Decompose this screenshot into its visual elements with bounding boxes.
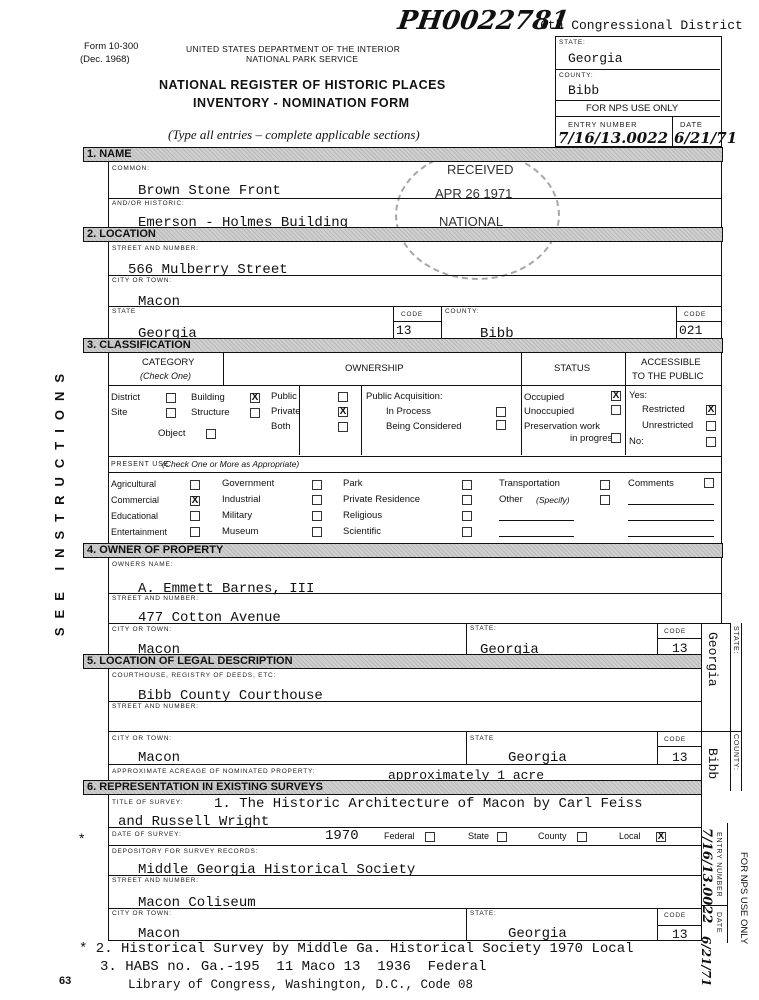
use-other-specify: (Specify) <box>536 495 570 505</box>
survey-date-value[interactable]: 1970 <box>325 828 359 844</box>
section-legal-header: 5. LOCATION OF LEGAL DESCRIPTION <box>83 654 702 669</box>
use-educational-label: Educational <box>111 511 158 521</box>
entry-number-label: ENTRY NUMBER <box>568 120 637 129</box>
agency-line2: NATIONAL PARK SERVICE <box>246 54 358 64</box>
use-other-label: Other <box>499 494 523 505</box>
sidebar-entry-number-label: ENTRY NUMBER <box>715 832 722 897</box>
in-process-label: In Process <box>386 406 431 417</box>
type-instructions: (Type all entries – complete applicable … <box>168 127 420 143</box>
use-industrial-checkbox[interactable] <box>312 495 322 505</box>
sidebar-state-label: STATE: <box>732 626 739 654</box>
use-park-label: Park <box>343 478 363 489</box>
city-value[interactable]: Macon <box>138 294 180 310</box>
use-entertainment-checkbox[interactable] <box>190 527 200 537</box>
courthouse-label: COURTHOUSE, REGISTRY OF DEEDS, ETC: <box>112 672 276 679</box>
location-state-label: STATE <box>112 308 136 315</box>
use-transportation-label: Transportation <box>499 478 560 489</box>
header-state-value: Georgia <box>568 51 623 66</box>
use-commercial-checkbox[interactable]: X <box>190 496 200 506</box>
city-label: CITY OR TOWN: <box>112 277 172 284</box>
survey-code-label: CODE <box>664 912 686 919</box>
nps-use-only-label: FOR NPS USE ONLY <box>586 103 678 114</box>
section-location-header: 2. LOCATION <box>83 227 723 242</box>
status-header: STATUS <box>554 363 590 374</box>
accessible-unrestricted-label: Unrestricted <box>642 420 693 431</box>
header-info-box: STATE: Georgia COUNTY: Bibb FOR NPS USE … <box>555 36 722 147</box>
accessible-restricted-label: Restricted <box>642 404 685 415</box>
survey-date-label: DATE OF SURVEY: <box>112 831 182 838</box>
sidebar-state-value: Georgia <box>705 632 720 687</box>
public-acquisition-label: Public Acquisition: <box>366 391 443 402</box>
survey-county-label: County <box>538 831 567 841</box>
acreage-label: APPROXIMATE ACREAGE OF NOMINATED PROPERT… <box>112 768 315 775</box>
status-occupied-checkbox[interactable]: X <box>611 391 621 401</box>
date-value: 6/21/71 <box>674 129 737 147</box>
preservation-checkbox[interactable] <box>611 433 621 443</box>
ownership-private-label: Private <box>271 406 301 417</box>
use-comments-label: Comments <box>628 478 674 489</box>
use-educational-checkbox[interactable] <box>190 511 200 521</box>
survey-asterisk: * <box>79 830 84 846</box>
use-museum-checkbox[interactable] <box>312 527 322 537</box>
survey-county-checkbox[interactable] <box>577 832 587 842</box>
use-commercial-label: Commercial <box>111 495 159 505</box>
status-occupied-label: Occupied <box>524 392 564 403</box>
use-entertainment-label: Entertainment <box>111 527 167 537</box>
common-label: COMMON: <box>112 165 150 172</box>
owner-name-label: OWNERS NAME: <box>112 561 173 568</box>
legal-code-value[interactable]: 13 <box>672 750 688 765</box>
header-state-label: STATE: <box>559 39 586 46</box>
use-private-residence-checkbox[interactable] <box>462 495 472 505</box>
being-considered-label: Being Considered <box>386 421 462 432</box>
survey-federal-checkbox[interactable] <box>425 832 435 842</box>
use-transportation-checkbox[interactable] <box>600 480 610 490</box>
page-number: 63 <box>59 975 71 987</box>
common-value[interactable]: Brown Stone Front <box>138 183 281 199</box>
legal-code-label: CODE <box>664 736 686 743</box>
comments-line-2[interactable] <box>628 520 714 521</box>
owner-code-label: CODE <box>664 628 686 635</box>
state-code-label: CODE <box>401 311 423 318</box>
category-object-checkbox[interactable] <box>206 429 216 439</box>
status-unoccupied-checkbox[interactable] <box>611 405 621 415</box>
ownership-public-label: Public <box>271 391 297 402</box>
date-label: DATE <box>680 120 703 129</box>
congressional-district: 6th Congressional District <box>540 18 743 33</box>
category-building-label: Building <box>191 392 225 403</box>
additional-survey-3: 3. HABS no. Ga.-195 11 Maco 13 1936 Fede… <box>100 959 486 975</box>
state-code-value[interactable]: 13 <box>396 323 412 338</box>
use-agricultural-checkbox[interactable] <box>190 480 200 490</box>
other-specify-line-1[interactable] <box>499 520 574 521</box>
entry-number-value: 7/16/13.0022 <box>558 129 668 147</box>
comments-line-1[interactable] <box>628 504 714 505</box>
legal-state-label: STATE <box>470 735 494 742</box>
depository-label: DEPOSITORY FOR SURVEY RECORDS: <box>112 848 258 855</box>
accessible-restricted-checkbox[interactable]: X <box>706 405 716 415</box>
form-title-line2: INVENTORY - NOMINATION FORM <box>193 96 410 110</box>
county-code-label: CODE <box>684 311 706 318</box>
accessible-yes-label: Yes: <box>629 390 647 401</box>
section-name-header: 1. NAME <box>83 147 723 162</box>
agency-line1: UNITED STATES DEPARTMENT OF THE INTERIOR <box>186 44 400 54</box>
sidebar-date-label: DATE <box>715 912 722 933</box>
other-specify-line-2[interactable] <box>499 536 574 537</box>
section-classification-header: 3. CLASSIFICATION <box>83 338 723 353</box>
category-header: CATEGORY <box>142 357 194 368</box>
use-religious-label: Religious <box>343 510 382 521</box>
use-other-checkbox[interactable] <box>600 495 610 505</box>
legal-city-label: CITY OR TOWN: <box>112 735 172 742</box>
preservation-label-1: Preservation work <box>524 421 600 432</box>
category-site-checkbox[interactable] <box>166 408 176 418</box>
accessible-no-label: No: <box>629 436 644 447</box>
category-district-label: District <box>111 392 140 403</box>
legal-street-label: STREET AND NUMBER: <box>112 703 199 710</box>
use-military-checkbox[interactable] <box>312 511 322 521</box>
accessible-no-checkbox[interactable] <box>706 437 716 447</box>
section-surveys-header: 6. REPRESENTATION IN EXISTING SURVEYS <box>83 780 702 795</box>
use-scientific-checkbox[interactable] <box>462 527 472 537</box>
location-county-label: COUNTY: <box>445 308 480 315</box>
owner-street-label: STREET AND NUMBER: <box>112 595 199 602</box>
owner-city-label: CITY OR TOWN: <box>112 626 172 633</box>
ownership-private-checkbox[interactable]: X <box>338 407 348 417</box>
ownership-header: OWNERSHIP <box>345 363 404 374</box>
present-use-label: PRESENT USE <box>111 461 169 468</box>
sidebar-county-value: Bibb <box>705 748 720 779</box>
form-title-line1: NATIONAL REGISTER OF HISTORIC PLACES <box>159 78 446 92</box>
form-number: Form 10-300 <box>84 41 138 52</box>
category-district-checkbox[interactable] <box>166 393 176 403</box>
accessible-header-2: TO THE PUBLIC <box>632 371 703 382</box>
category-building-checkbox[interactable]: X <box>250 393 260 403</box>
present-use-sub: (Check One or More as Appropriate) <box>162 459 299 469</box>
header-county-value: Bibb <box>568 83 599 98</box>
ownership-both-label: Both <box>271 421 291 432</box>
in-process-checkbox[interactable] <box>496 407 506 417</box>
sidebar-county-label: COUNTY: <box>732 734 739 771</box>
use-scientific-label: Scientific <box>343 526 381 537</box>
survey-federal-label: Federal <box>384 831 415 841</box>
survey-title-value-1[interactable]: 1. The Historic Architecture of Macon by… <box>214 796 642 812</box>
survey-street-label: STREET AND NUMBER: <box>112 877 199 884</box>
category-structure-label: Structure <box>191 407 230 418</box>
use-comments-checkbox[interactable] <box>704 478 714 488</box>
survey-state-checkbox[interactable] <box>497 832 507 842</box>
additional-survey-3-cont: Library of Congress, Washington, D.C., C… <box>128 978 473 992</box>
stamp-received: RECEIVED <box>447 162 513 177</box>
preservation-label-2: in progress <box>570 433 617 444</box>
survey-city-label: CITY OR TOWN: <box>112 910 172 917</box>
accessible-header-1: ACCESSIBLE <box>641 357 701 368</box>
use-government-checkbox[interactable] <box>312 480 322 490</box>
see-instructions-text: SEE INSTRUCTIONS <box>52 365 67 636</box>
survey-state-label: State <box>468 831 489 841</box>
survey-title-label: TITLE OF SURVEY: <box>112 799 183 806</box>
use-agricultural-label: Agricultural <box>111 479 156 489</box>
received-stamp: RECEIVED APR 26 1971 NATIONAL REGISTER <box>395 150 560 280</box>
sidebar-entry-number-value: 7/16/13.0022 <box>699 828 714 923</box>
use-private-residence-label: Private Residence <box>343 494 420 505</box>
use-museum-label: Museum <box>222 526 258 537</box>
use-government-label: Government <box>222 478 274 489</box>
category-sub: (Check One) <box>140 371 191 381</box>
sidebar-date-value: 6/21/71 <box>699 936 713 987</box>
street-label: STREET AND NUMBER: <box>112 245 199 252</box>
see-instructions-sidebar: SEE INSTRUCTIONS <box>52 365 72 645</box>
status-unoccupied-label: Unoccupied <box>524 406 574 417</box>
historic-label: AND/OR HISTORIC: <box>112 200 185 207</box>
category-site-label: Site <box>111 407 127 418</box>
owner-state-label: STATE: <box>470 625 497 632</box>
survey-local-checkbox[interactable]: X <box>656 832 666 842</box>
county-code-value[interactable]: 021 <box>679 323 702 338</box>
being-considered-checkbox[interactable] <box>496 420 506 430</box>
survey-local-label: Local <box>619 831 641 841</box>
ownership-both-checkbox[interactable] <box>338 422 348 432</box>
sidebar-nps-label: FOR NPS USE ONLY <box>738 852 749 944</box>
ownership-public-checkbox[interactable] <box>338 392 348 402</box>
additional-survey-2: * 2. Historical Survey by Middle Ga. His… <box>79 941 634 957</box>
category-object-label: Object <box>158 428 185 439</box>
category-structure-checkbox[interactable] <box>250 408 260 418</box>
use-military-label: Military <box>222 510 252 521</box>
accessible-unrestricted-checkbox[interactable] <box>706 421 716 431</box>
use-industrial-label: Industrial <box>222 494 261 505</box>
use-park-checkbox[interactable] <box>462 480 472 490</box>
section-owner-header: 4. OWNER OF PROPERTY <box>83 543 723 558</box>
use-religious-checkbox[interactable] <box>462 511 472 521</box>
header-county-label: COUNTY: <box>559 72 594 79</box>
survey-state-field-label: STATE: <box>470 910 497 917</box>
comments-line-3[interactable] <box>628 536 714 537</box>
form-date: (Dec. 1968) <box>80 54 130 65</box>
